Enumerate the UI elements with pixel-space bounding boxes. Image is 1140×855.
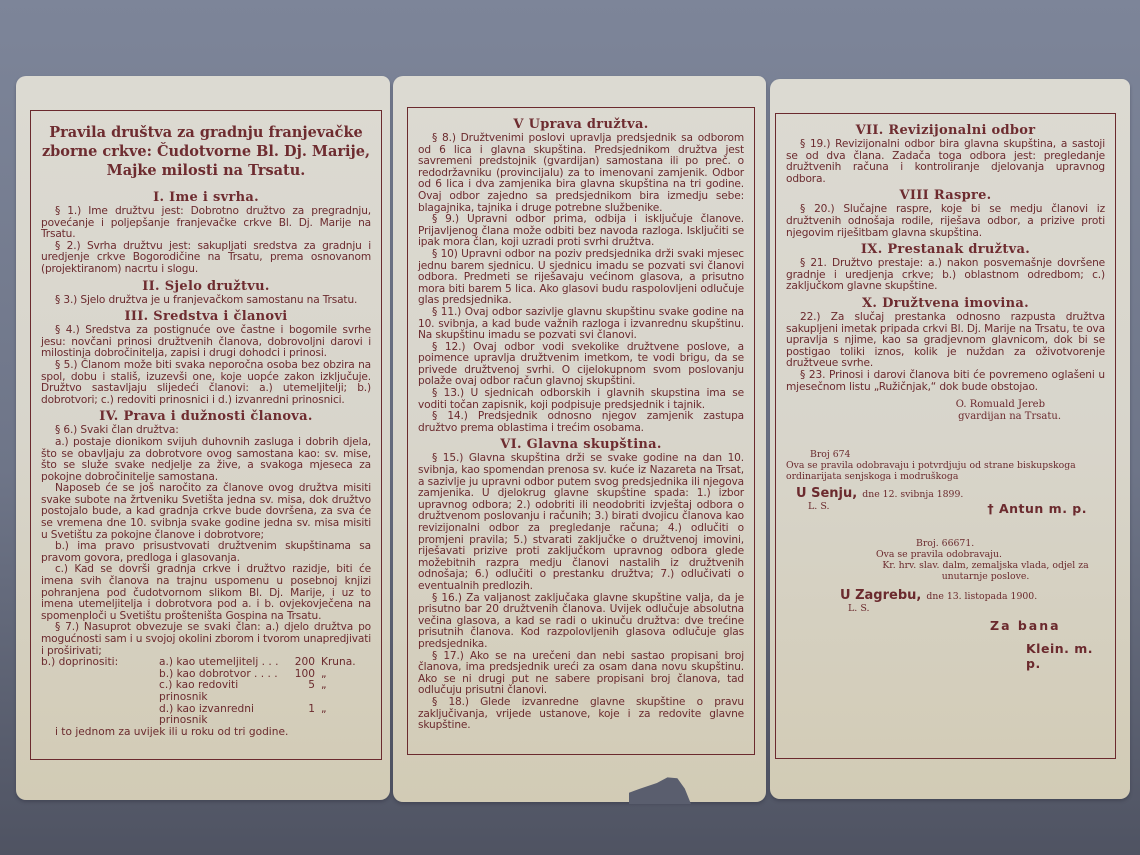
section-heading: V Uprava družtva. xyxy=(418,117,744,132)
paragraph: § 15.) Glavna skupština drži se svake go… xyxy=(418,453,744,592)
approval-number: Broj 674 xyxy=(786,449,1105,460)
contributions-label: b.) doprinositi: xyxy=(41,657,159,669)
panel-frame-left: Pravila društva za gradnju franjevačke z… xyxy=(30,110,382,760)
paragraph: § 7.) Nasuprot obvezuje se svaki član: a… xyxy=(41,622,371,657)
approval-date: dne 12. svibnja 1899. xyxy=(862,489,963,500)
panel-frame-right: VII. Revizijonalni odbor§ 19.) Revizijon… xyxy=(775,113,1116,759)
approval-text: Ova se pravila odobravaju i potvrdjuju o… xyxy=(786,460,1105,482)
section-heading: III. Sredstva i članovi xyxy=(41,309,371,324)
paragraph: § 13.) U sjednicah odborskih i glavnih s… xyxy=(418,388,744,411)
contrib-unit: „ xyxy=(321,704,371,727)
approval-signer: † Antun m. p. xyxy=(987,501,1087,516)
sections-right: VII. Revizijonalni odbor§ 19.) Revizijon… xyxy=(786,123,1105,393)
paragraph: § 11.) Ovaj odbor sazivlje glavnu skupšt… xyxy=(418,307,744,342)
approval-number: Broj. 66671. xyxy=(786,538,1105,549)
approval-text: Ova se pravila odobravaju. xyxy=(786,549,1105,560)
paragraph: § 21. Družtvo prestaje: a.) nakon posvem… xyxy=(786,258,1105,293)
section-heading: VIII Raspre. xyxy=(786,188,1105,203)
contributions-closing: i to jednom za uvijek ili u roku od tri … xyxy=(41,727,371,739)
paragraph: c.) Kad se dovrši gradnja crkve i družtv… xyxy=(41,564,371,622)
contributions-table: b.) doprinositi: a.) kao utemeljitelj . … xyxy=(41,657,371,727)
contrib-unit: Kruna. xyxy=(321,657,371,669)
approval-seal: L. S. xyxy=(786,603,1105,614)
approval-place: U Zagrebu, xyxy=(840,588,921,603)
section-heading: IX. Prestanak družtva. xyxy=(786,242,1105,257)
paragraph: 22.) Za slučaj prestanka odnosno razpust… xyxy=(786,312,1105,370)
section-heading: VII. Revizijonalni odbor xyxy=(786,123,1105,138)
contrib-item: d.) kao izvanredni prinosnik xyxy=(159,704,281,727)
section-heading: IV. Prava i dužnosti članova. xyxy=(41,409,371,424)
approval-senj: Broj 674 Ova se pravila odobravaju i pot… xyxy=(786,449,1105,516)
page-panel-right: VII. Revizijonalni odbor§ 19.) Revizijon… xyxy=(770,79,1130,799)
approval-seal: L. S. xyxy=(786,501,830,516)
paragraph: § 8.) Družtvenimi poslovi upravlja preds… xyxy=(418,133,744,214)
approval-authority: Kr. hrv. slav. dalm, zemaljska vlada, od… xyxy=(786,560,1105,582)
contrib-item: c.) kao redoviti prinosnik xyxy=(159,680,281,703)
approval-date: dne 13. listopada 1900. xyxy=(926,591,1037,602)
contrib-amount: 100 xyxy=(281,669,321,681)
paragraph: § 3.) Sjelo družtva je u franjevačkom sa… xyxy=(41,295,371,307)
paragraph: § 4.) Sredstva za postignuće ove častne … xyxy=(41,325,371,360)
section-heading: VI. Glavna skupština. xyxy=(418,437,744,452)
paragraph: § 19.) Revizijonalni odbor bira glavna s… xyxy=(786,139,1105,185)
signature-name: O. Romuald Jereb xyxy=(786,399,1105,411)
contrib-amount: 5 xyxy=(281,680,321,703)
panel-frame-middle: V Uprava družtva.§ 8.) Družtvenimi poslo… xyxy=(407,107,755,755)
approval-place: U Senju, xyxy=(796,486,857,501)
page-panel-middle: V Uprava družtva.§ 8.) Družtvenimi poslo… xyxy=(393,76,766,802)
sections-left: I. Ime i svrha.§ 1.) Ime družtvu jest: D… xyxy=(41,190,371,657)
paragraph: § 5.) Članom može biti svaka neporočna o… xyxy=(41,360,371,406)
paragraph: § 18.) Glede izvanredne glavne skupštine… xyxy=(418,697,744,732)
paragraph: Naposeb će se još naročito za članove ov… xyxy=(41,483,371,541)
paragraph: § 17.) Ako se na urečeni dan nebi sastao… xyxy=(418,651,744,697)
approval-for: Za bana xyxy=(786,618,1105,633)
paragraph: § 20.) Slučajne raspre, koje bi se medju… xyxy=(786,204,1105,239)
paragraph: § 10) Upravni odbor na poziv predsjednik… xyxy=(418,249,744,307)
paragraph: § 16.) Za valjanost zaključaka glavne sk… xyxy=(418,593,744,651)
paragraph: § 1.) Ime družtvu jest: Dobrotno družtvo… xyxy=(41,206,371,241)
paragraph: § 9.) Upravni odbor prima, odbija i iskl… xyxy=(418,214,744,249)
contrib-unit: „ xyxy=(321,680,371,703)
section-heading: X. Družtvena imovina. xyxy=(786,296,1105,311)
contrib-unit: „ xyxy=(321,669,371,681)
signature-role: gvardijan na Trsatu. xyxy=(786,411,1105,423)
contrib-amount: 1 xyxy=(281,704,321,727)
paper-tear xyxy=(629,776,691,804)
paragraph: § 23. Prinosi i darovi članova biti će p… xyxy=(786,370,1105,393)
section-heading: I. Ime i svrha. xyxy=(41,190,371,205)
paragraph: a.) postaje dionikom svijuh duhovnih zas… xyxy=(41,437,371,483)
paragraph: § 2.) Svrha družtvu jest: sakupljati sre… xyxy=(41,241,371,276)
page-panel-left: Pravila društva za gradnju franjevačke z… xyxy=(16,76,390,800)
document-title: Pravila društva za gradnju franjevačke z… xyxy=(41,123,371,180)
sections-middle: V Uprava družtva.§ 8.) Družtvenimi poslo… xyxy=(418,117,744,732)
paragraph: § 12.) Ovaj odbor vodi svekolike družtve… xyxy=(418,342,744,388)
paragraph: § 14.) Predsjednik odnosno njegov zamjen… xyxy=(418,411,744,434)
approval-signer: Klein. m. p. xyxy=(786,641,1105,671)
section-heading: II. Sjelo družtvu. xyxy=(41,279,371,294)
paragraph: b.) ima pravo prisustvovati družtvenim s… xyxy=(41,541,371,564)
approval-zagreb: Broj. 66671. Ova se pravila odobravaju. … xyxy=(786,538,1105,671)
